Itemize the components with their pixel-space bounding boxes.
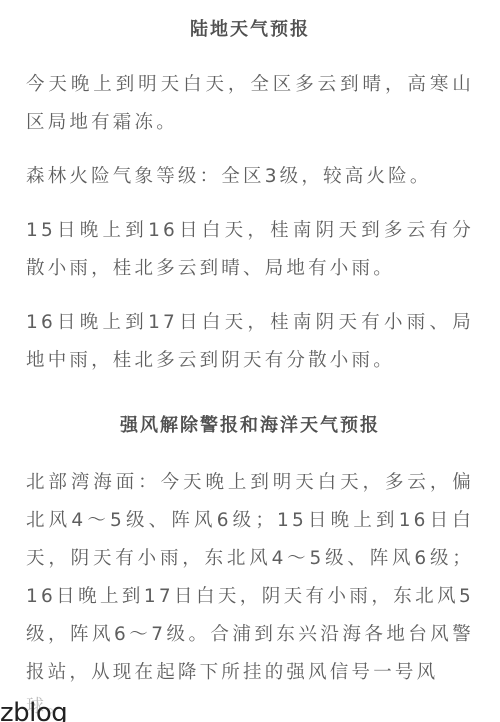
faded-text-tail: 球。: [26, 692, 474, 722]
watermark-logo: zblog: [0, 698, 67, 722]
paragraph-tonight-forecast: 今天晚上到明天白天，全区多云到晴，高寒山区局地有霜冻。: [26, 66, 474, 142]
article-body: 陆地天气预报 今天晚上到明天白天，全区多云到晴，高寒山区局地有霜冻。 森林火险气…: [26, 0, 474, 722]
section-heading-land-forecast: 陆地天气预报: [26, 0, 474, 42]
section-heading-marine-forecast: 强风解除警报和海洋天气预报: [26, 414, 474, 438]
paragraph-gulf-forecast: 北部湾海面：今天晚上到明天白天，多云，偏北风4～5级、阵风6级；15日晚上到16…: [26, 464, 474, 692]
paragraph-15th-forecast: 15日晚上到16日白天，桂南阴天到多云有分散小雨，桂北多云到晴、局地有小雨。: [26, 212, 474, 288]
paragraph-16th-forecast: 16日晚上到17日白天，桂南阴天有小雨、局地中雨，桂北多云到阴天有分散小雨。: [26, 304, 474, 380]
paragraph-fire-risk: 森林火险气象等级：全区3级，较高火险。: [26, 158, 474, 196]
